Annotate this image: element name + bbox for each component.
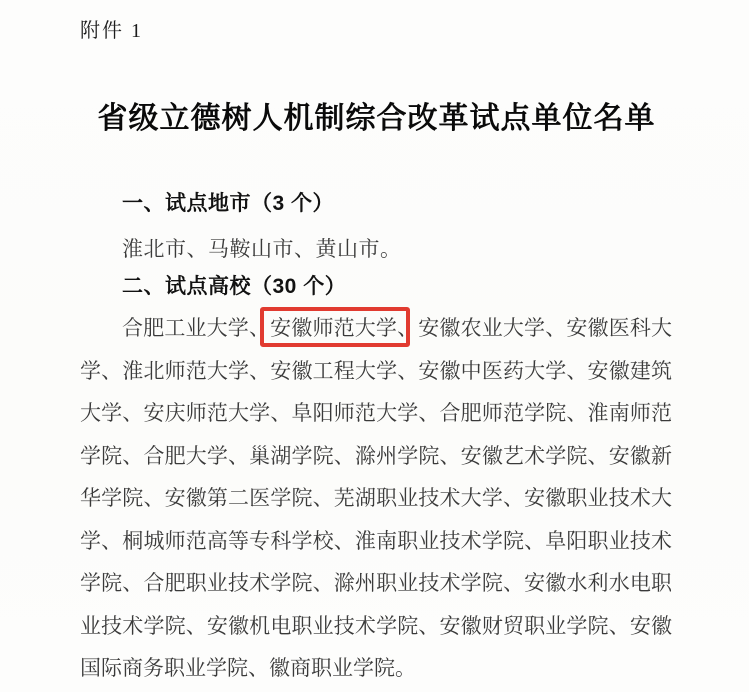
universities-after-highlight: 、安徽农业大学、安徽医科大学、淮北师范大学、安徽工程大学、安徽中医药大学、安徽建… [80,316,672,680]
document-page: 附件 1 省级立德树人机制综合改革试点单位名单 一、试点地市（3 个） 淮北市、… [0,0,749,692]
section-universities-body: 合肥工业大学、安徽师范大学、安徽农业大学、安徽医科大学、淮北师范大学、安徽工程大… [80,307,672,690]
universities-before-highlight: 合肥工业大学、 [122,316,270,340]
page-title: 省级立德树人机制综合改革试点单位名单 [80,103,673,135]
section-cities-body: 淮北市、马鞍山市、黄山市。 [80,237,673,261]
section-cities-heading: 一、试点地市（3 个） [80,192,673,216]
highlight-annotation: 安徽师范大学 [270,316,397,340]
section-universities-heading: 二、试点高校（30 个） [80,275,673,299]
attachment-label: 附件 1 [80,18,673,44]
highlighted-university: 安徽师范大学 [270,316,397,340]
